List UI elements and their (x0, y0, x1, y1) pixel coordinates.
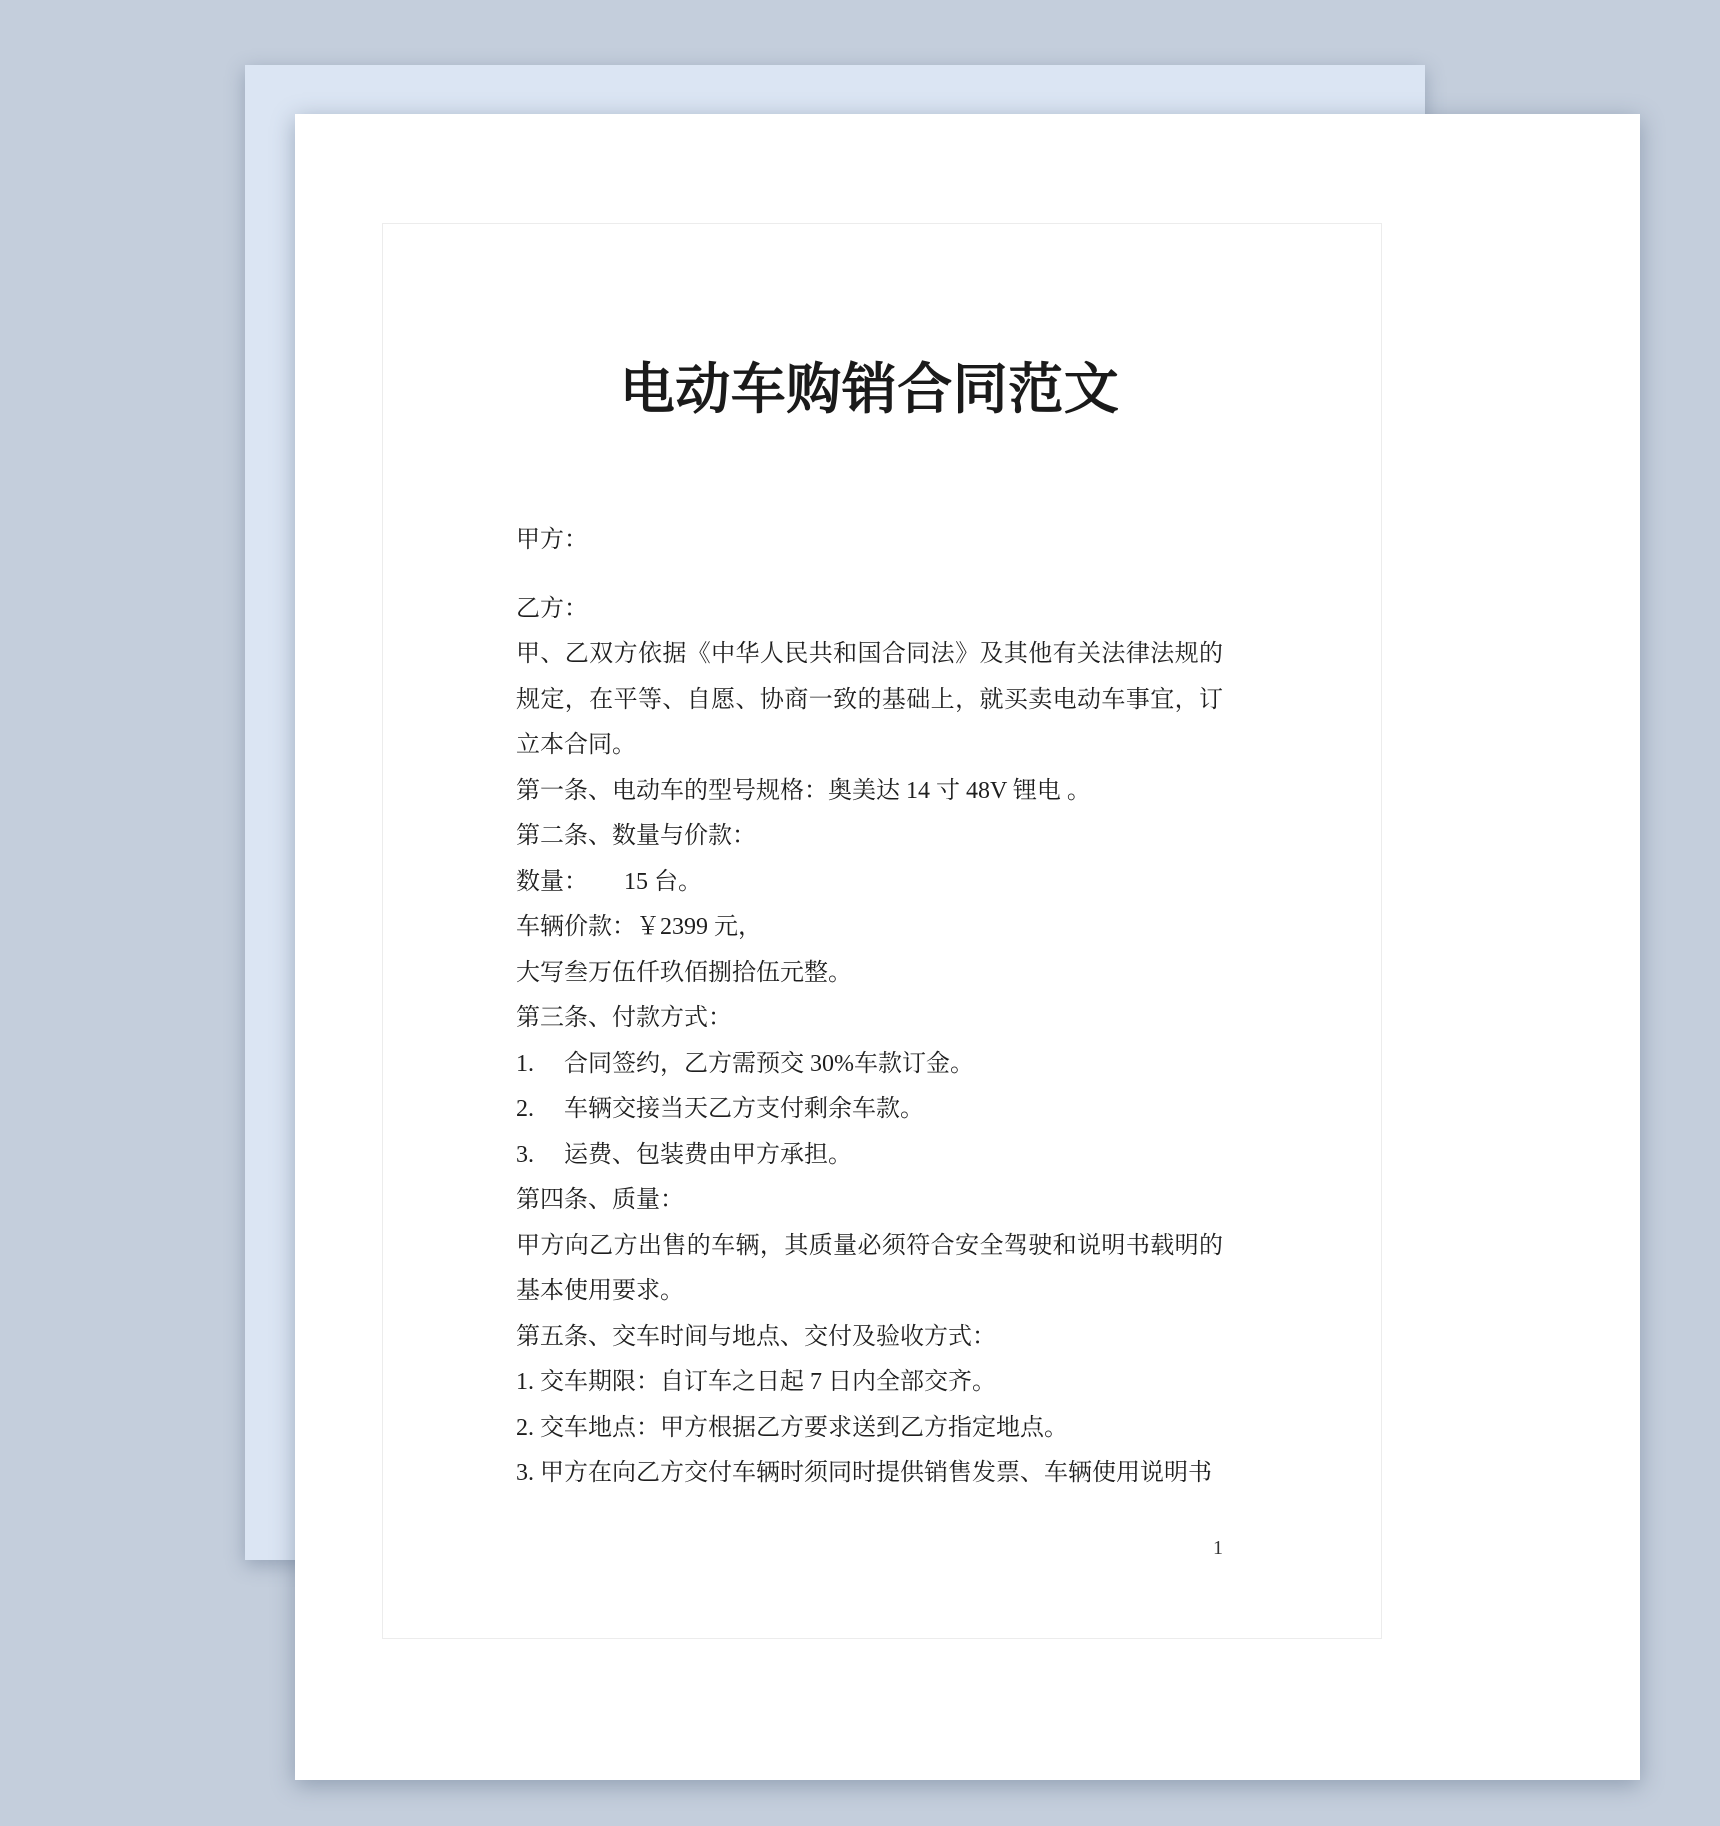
paragraph-preamble: 甲、乙双方依据《中华人民共和国合同法》及其他有关法律法规的规定，在平等、自愿、协… (516, 632, 1223, 769)
paragraph-delivery-item-2: 2. 交车地点：甲方根据乙方要求送到乙方指定地点。 (516, 1406, 1223, 1452)
paragraph-delivery-item-1: 1. 交车期限：自订车之日起 7 日内全部交齐。 (516, 1360, 1223, 1406)
paragraph-payment-item-1: 1. 合同签约，乙方需预交 30%车款订金。 (516, 1042, 1223, 1088)
paragraph-price: 车辆价款：￥2399 元， (516, 905, 1223, 951)
paragraph-party-a: 甲方： (516, 518, 1223, 564)
document-preview-background: 电动车购销合同范文 甲方： 乙方： 甲、乙双方依据《中华人民共和国合同法》及其他… (0, 0, 1720, 1826)
contract-page: 电动车购销合同范文 甲方： 乙方： 甲、乙双方依据《中华人民共和国合同法》及其他… (295, 114, 1640, 1780)
paragraph-clause-1: 第一条、电动车的型号规格：奥美达 14 寸 48V 锂电 。 (516, 769, 1223, 815)
contract-body: 甲方： 乙方： 甲、乙双方依据《中华人民共和国合同法》及其他有关法律法规的规定，… (516, 518, 1223, 1497)
paragraph-price-words: 大写叁万伍仟玖佰捌拾伍元整。 (516, 951, 1223, 997)
paragraph-delivery-item-3: 3. 甲方在向乙方交付车辆时须同时提供销售发票、车辆使用说明书 (516, 1451, 1223, 1497)
document-title: 电动车购销合同范文 (516, 356, 1223, 422)
paragraph-clause-2: 第二条、数量与价款： (516, 814, 1223, 860)
paragraph-clause-5: 第五条、交车时间与地点、交付及验收方式： (516, 1315, 1223, 1361)
paragraph-clause-4: 第四条、质量： (516, 1178, 1223, 1224)
paragraph-clause-3: 第三条、付款方式： (516, 996, 1223, 1042)
page-number: 1 (516, 1536, 1223, 1560)
page-content-frame: 电动车购销合同范文 甲方： 乙方： 甲、乙双方依据《中华人民共和国合同法》及其他… (382, 223, 1382, 1639)
paragraph-quantity: 数量： 15 台。 (516, 860, 1223, 906)
paragraph-payment-item-2: 2. 车辆交接当天乙方支付剩余车款。 (516, 1087, 1223, 1133)
paragraph-quality: 甲方向乙方出售的车辆，其质量必须符合安全驾驶和说明书载明的基本使用要求。 (516, 1224, 1223, 1315)
paragraph-payment-item-3: 3. 运费、包装费由甲方承担。 (516, 1133, 1223, 1179)
paragraph-party-b: 乙方： (516, 587, 1223, 633)
